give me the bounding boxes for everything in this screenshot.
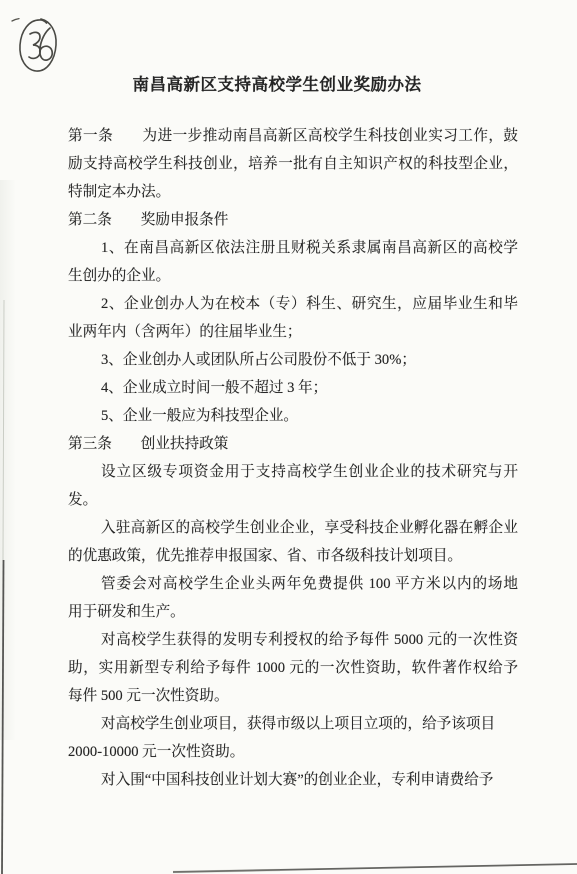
- list-item-line: 3、企业创办人或团队所占公司股份不低于 30%；: [68, 346, 518, 374]
- text-line: 2000-10000 元一次性资助。: [68, 738, 518, 766]
- text-line: 每件 500 元一次性资助。: [68, 682, 518, 710]
- paragraph-line: 对入围“中国科技创业计划大赛”的创业企业，专利申请费给予: [68, 766, 518, 794]
- scan-left-shading: [0, 180, 16, 740]
- list-item-line: 5、企业一般应为科技型企业。: [68, 402, 518, 430]
- paragraph-line: 管委会对高校学生企业头两年免费提供 100 平方米以内的场地: [68, 570, 518, 598]
- text-line: 特制定本办法。: [68, 178, 518, 206]
- paragraph-line: 对高校学生创业项目，获得市级以上项目立项的，给予该项目: [68, 710, 518, 738]
- paragraph-line: 对高校学生获得的发明专利授权的给予每件 5000 元的一次性资: [68, 626, 518, 654]
- text-line: 业两年内（含两年）的往届毕业生；: [68, 318, 518, 346]
- handwritten-digit-6: [40, 28, 52, 60]
- handwritten-circle: [20, 19, 56, 71]
- list-item-line: 4、企业成立时间一般不超过 3 年；: [68, 374, 518, 402]
- text-run: 奖励申报条件: [141, 212, 229, 228]
- text-line: 的优惠政策，优先推荐申报国家、省、市各级科技计划项目。: [68, 542, 518, 570]
- article-label: 第三条: [68, 436, 112, 452]
- scan-bottom-edge-line: [173, 864, 577, 872]
- article-3-heading-line: 第三条创业扶持政策: [68, 430, 518, 458]
- text-line: 励支持高校学生科技创业，培养一批有自主知识产权的科技型企业，: [68, 150, 518, 178]
- list-item-line: 1、在南昌高新区依法注册且财税关系隶属南昌高新区的高校学: [68, 234, 518, 262]
- scan-left-edge-line-dark: [2, 560, 4, 874]
- article-1-heading-line: 第一条为进一步推动南昌高新区高校学生科技创业实习工作，鼓: [68, 122, 518, 150]
- handwritten-digit-3: [29, 32, 40, 58]
- paragraph-line: 入驻高新区的高校学生创业企业，享受科技企业孵化器在孵企业: [68, 514, 518, 542]
- text-line: 用于研发和生产。: [68, 598, 518, 626]
- text-run: 为进一步推动南昌高新区高校学生科技创业实习工作，鼓: [142, 128, 518, 144]
- scan-left-edge-line-faint: [3, 300, 4, 560]
- article-2-heading-line: 第二条奖励申报条件: [68, 206, 518, 234]
- scanned-document-page: 南昌高新区支持高校学生创业奖励办法 第一条为进一步推动南昌高新区高校学生科技创业…: [0, 0, 577, 874]
- list-item-line: 2、企业创办人为在校本（专）科生、研究生，应届毕业生和毕: [68, 290, 518, 318]
- text-line: 助，实用新型专利给予每件 1000 元的一次性资助，软件著作权给予: [68, 654, 518, 682]
- article-label: 第一条: [68, 128, 113, 144]
- article-label: 第二条: [68, 212, 112, 228]
- text-line: 发。: [68, 486, 518, 514]
- scan-bottom-edge-blur: [173, 870, 280, 872]
- text-line: 生创办的企业。: [68, 262, 518, 290]
- document-body: 南昌高新区支持高校学生创业奖励办法 第一条为进一步推动南昌高新区高校学生科技创业…: [68, 74, 518, 794]
- text-run: 创业扶持政策: [141, 436, 229, 452]
- document-title: 南昌高新区支持高校学生创业奖励办法: [52, 74, 502, 96]
- paragraph-line: 设立区级专项资金用于支持高校学生创业企业的技术研究与开: [68, 458, 518, 486]
- pen-tick-mark: [12, 19, 19, 21]
